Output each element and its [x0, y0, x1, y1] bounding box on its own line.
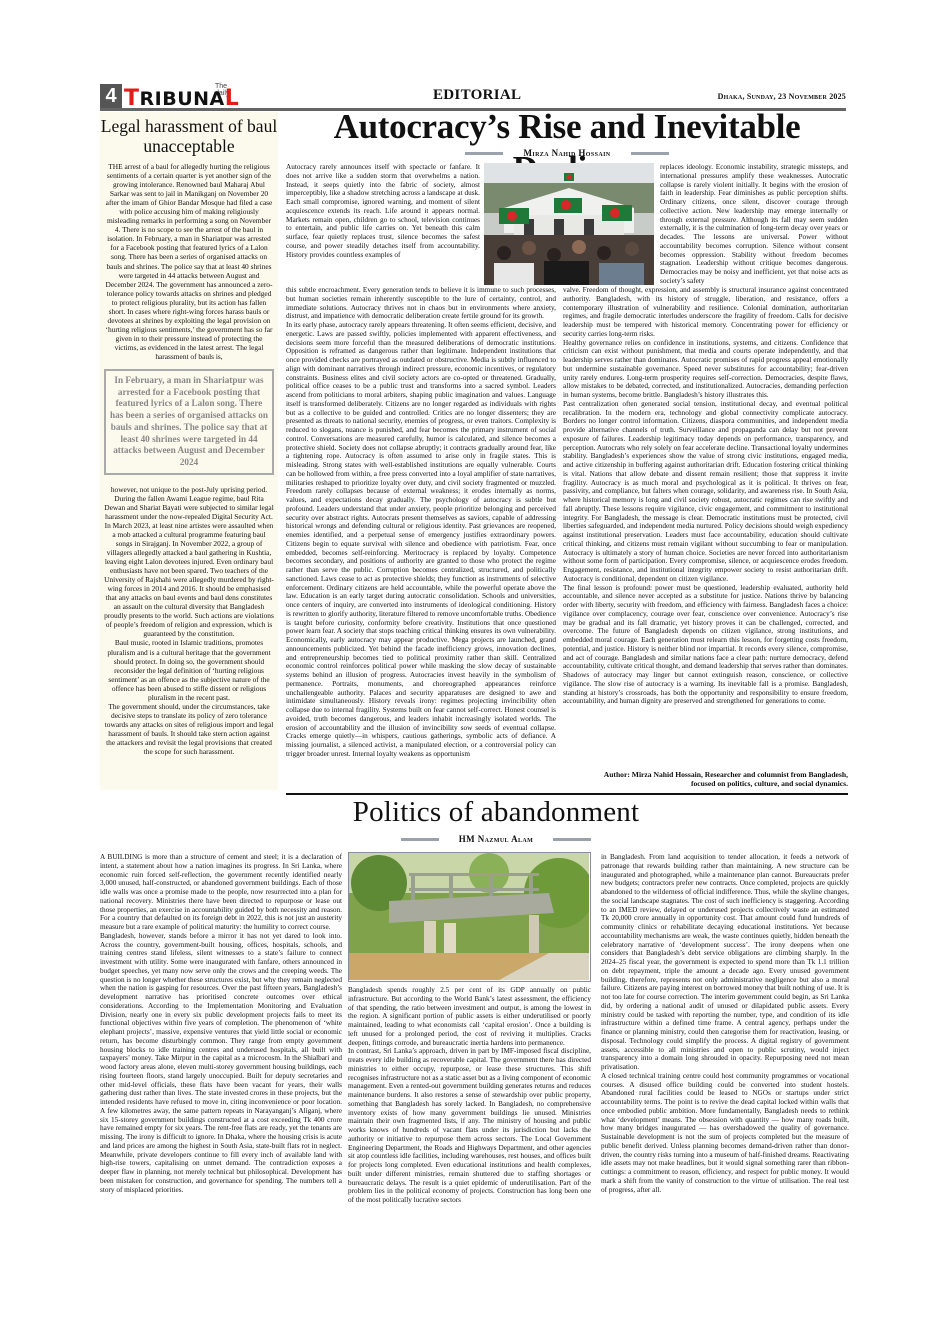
main-byline: Mirza Nahid Hossain	[286, 144, 848, 158]
author-note-line: Author: Mirza Nahid Hossain, Researcher …	[560, 770, 848, 779]
byline-bar-right	[553, 838, 591, 841]
second-article-title: Politics of abandonment	[286, 795, 706, 829]
article-paragraph: The final lesson is profound: power must…	[563, 584, 848, 707]
byline-name: Mirza Nahid Hossain	[523, 148, 610, 158]
logo-wordmark: TRIBUNAL	[124, 89, 239, 109]
article-paragraph: A BUILDING is more than a structure of c…	[100, 853, 342, 932]
photo-crowd-flags	[484, 163, 654, 285]
main-article-left-column: this subtle encroachment. Every generati…	[286, 286, 556, 788]
second-article-column-1: A BUILDING is more than a structure of c…	[100, 853, 342, 1253]
main-article-intro: Autocracy rarely announces itself with s…	[286, 163, 480, 259]
article-paragraph: Healthy governance relies on confidence …	[563, 339, 848, 400]
article-paragraph: Past centralization often generated soci…	[563, 400, 848, 584]
bridge-photo	[348, 852, 591, 982]
section-label: EDITORIAL	[433, 87, 521, 104]
author-note-line: focused on politics, culture, and social…	[560, 779, 848, 788]
article-paragraph: In its early phase, autocracy rarely app…	[286, 321, 556, 759]
editorial-body: THE arrest of a baul for allegedly hurti…	[100, 156, 278, 361]
article-paragraph: Bangladesh spends roughly 2.5 per cent o…	[348, 986, 591, 1047]
page-number: 4	[100, 84, 122, 108]
editorial-paragraph: Baul music, rooted in Islamic traditions…	[104, 638, 274, 701]
photo-abandoned-bridge	[349, 853, 589, 980]
byline-bar-left	[465, 152, 503, 155]
byline-bar-left	[401, 838, 439, 841]
byline-name: HM Nazmul Alam	[459, 834, 533, 844]
main-article-right-column: valve. Freedom of thought, expression, a…	[563, 286, 848, 764]
editorial-column: Legal harassment of baul unacceptable TH…	[100, 112, 278, 790]
dateline: Dhaka, Sunday, 23 November 2025	[718, 92, 846, 101]
editorial-paragraph: THE arrest of a baul for allegedly hurti…	[104, 162, 274, 361]
article-paragraph: valve. Freedom of thought, expression, a…	[563, 286, 848, 339]
main-article-right-top: replaces ideology. Economic instability,…	[660, 163, 848, 286]
author-note: Author: Mirza Nahid Hossain, Researcher …	[560, 770, 848, 788]
second-byline: HM Nazmul Alam	[286, 830, 706, 844]
article-paragraph: A closed technical training centre could…	[601, 1072, 849, 1195]
article-paragraph: Bangladesh, however, stands before a mir…	[100, 932, 342, 1195]
newspaper-page: 4 The daily TRIBUNAL EDITORIAL Dhaka, Su…	[0, 0, 945, 1336]
article-paragraph: Autocracy rarely announces itself with s…	[286, 163, 480, 259]
editorial-paragraph: however, not unique to the post-July upr…	[104, 485, 274, 639]
article-paragraph: this subtle encroachment. Every generati…	[286, 286, 556, 321]
pull-quote: In February, a man in Shariatpur was arr…	[104, 369, 274, 475]
protest-photo	[484, 163, 654, 285]
second-article-column-3: in Bangladesh. From land acquisition to …	[601, 853, 849, 1253]
byline-bar-right	[631, 152, 669, 155]
editorial-title: Legal harassment of baul unacceptable	[100, 112, 278, 156]
article-paragraph: In contrast, Sri Lanka’s approach, drive…	[348, 1047, 591, 1205]
editorial-body-continued: however, not unique to the post-July upr…	[100, 485, 278, 756]
article-paragraph: in Bangladesh. From land acquisition to …	[601, 853, 849, 1072]
editorial-paragraph: The government should, under the circums…	[104, 702, 274, 756]
second-article-column-2: Bangladesh spends roughly 2.5 per cent o…	[348, 986, 591, 1253]
article-paragraph: replaces ideology. Economic instability,…	[660, 163, 848, 286]
